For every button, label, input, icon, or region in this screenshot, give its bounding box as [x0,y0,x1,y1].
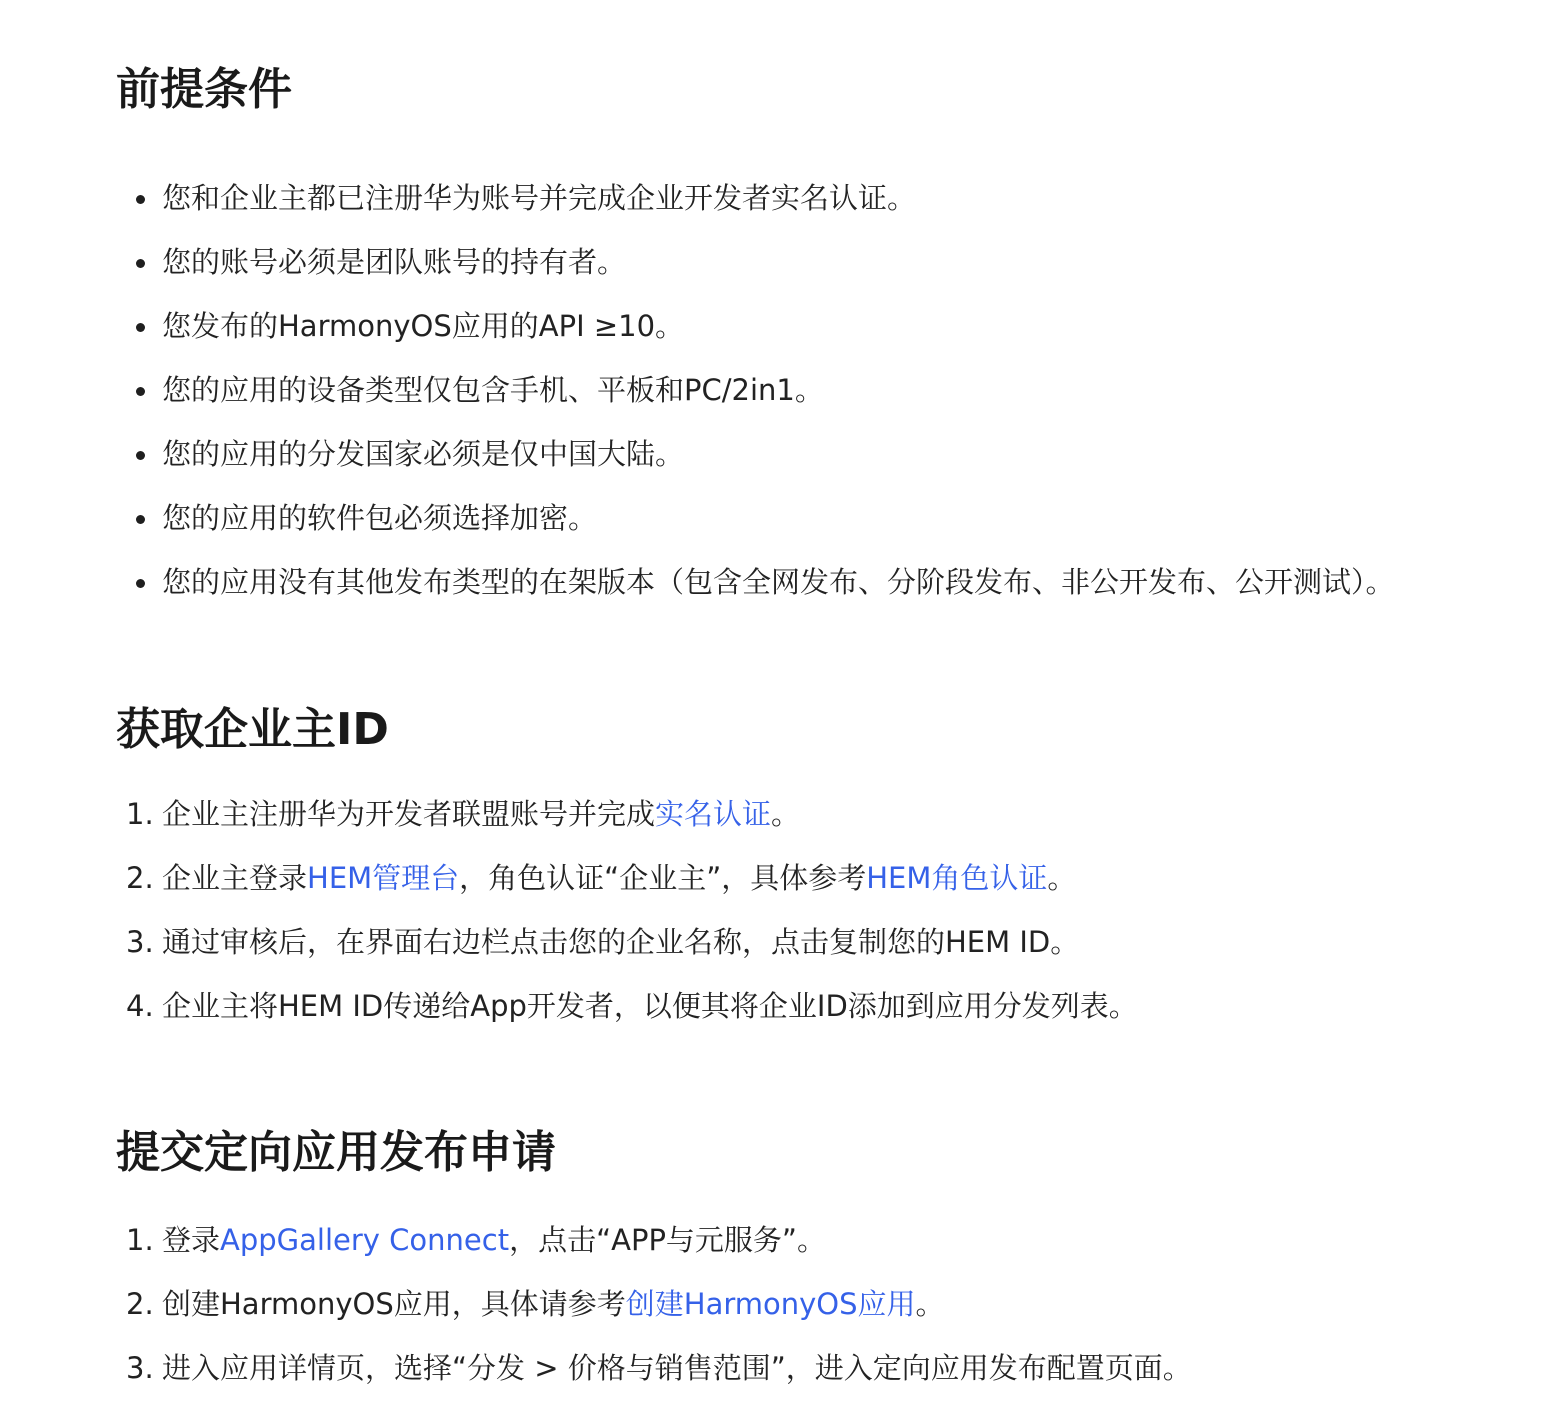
prerequisites-list: 您和企业主都已注册华为账号并完成企业开发者实名认证。 您的账号必须是团队账号的持… [116,172,1395,620]
list-item: 您和企业主都已注册华为账号并完成企业开发者实名认证。 [116,172,1395,224]
bullet-icon [136,451,145,460]
list-item: 您的账号必须是团队账号的持有者。 [116,236,1395,288]
section-title-submit-application: 提交定向应用发布申请 [116,1127,556,1180]
bullet-icon [136,195,145,204]
section-title-get-enterprise-id: 获取企业主ID [116,704,389,757]
create-harmonyos-app-link[interactable]: 创建HarmonyOS应用 [626,1287,916,1321]
step-text: ，角色认证“企业主”，具体参考 [459,861,866,895]
real-name-auth-link[interactable]: 实名认证 [655,797,771,831]
step-text: 进入应用详情页，选择“分发 > 价格与销售范围”，进入定向应用发布配置页面。 [162,1351,1192,1385]
step-text: 。 [1047,861,1076,895]
list-item-text: 您的应用的设备类型仅包含手机、平板和PC/2in1。 [162,373,824,407]
step-number: 3. [126,1342,160,1394]
step-text: 企业主将HEM ID传递给App开发者，以便其将企业ID添加到应用分发列表。 [162,989,1138,1023]
step-text: ，点击“APP与元服务”。 [509,1223,826,1257]
appgallery-connect-link[interactable]: AppGallery Connect [220,1223,509,1257]
list-item-text: 您和企业主都已注册华为账号并完成企业开发者实名认证。 [162,181,916,215]
bullet-icon [136,387,145,396]
step-item: 3.进入应用详情页，选择“分发 > 价格与销售范围”，进入定向应用发布配置页面。 [116,1342,1192,1394]
list-item: 您发布的HarmonyOS应用的API ≥10。 [116,300,1395,352]
step-item: 1.企业主注册华为开发者联盟账号并完成实名认证。 [116,788,1138,840]
list-item: 您的应用的软件包必须选择加密。 [116,492,1395,544]
step-text: 登录 [162,1223,220,1257]
step-number: 4. [126,980,160,1032]
list-item: 您的应用的设备类型仅包含手机、平板和PC/2in1。 [116,364,1395,416]
bullet-icon [136,515,145,524]
step-item: 2.创建HarmonyOS应用，具体请参考创建HarmonyOS应用。 [116,1278,1192,1330]
section-title-prerequisites: 前提条件 [116,64,292,117]
step-item: 3.通过审核后，在界面右边栏点击您的企业名称，点击复制您的HEM ID。 [116,916,1138,968]
step-text: 创建HarmonyOS应用，具体请参考 [162,1287,626,1321]
step-text: 。 [771,797,800,831]
hem-role-auth-link[interactable]: HEM角色认证 [866,861,1047,895]
list-item-text: 您的应用没有其他发布类型的在架版本（包含全网发布、分阶段发布、非公开发布、公开测… [162,565,1395,599]
step-number: 3. [126,916,160,968]
submit-application-steps: 1.登录AppGallery Connect，点击“APP与元服务”。 2.创建… [116,1214,1192,1406]
list-item: 您的应用的分发国家必须是仅中国大陆。 [116,428,1395,480]
step-text: 企业主注册华为开发者联盟账号并完成 [162,797,655,831]
step-number: 2. [126,1278,160,1330]
step-item: 1.登录AppGallery Connect，点击“APP与元服务”。 [116,1214,1192,1266]
bullet-icon [136,579,145,588]
list-item-text: 您发布的HarmonyOS应用的API ≥10。 [162,309,684,343]
list-item: 您的应用没有其他发布类型的在架版本（包含全网发布、分阶段发布、非公开发布、公开测… [116,556,1395,608]
list-item-text: 您的应用的分发国家必须是仅中国大陆。 [162,437,684,471]
step-number: 2. [126,852,160,904]
bullet-icon [136,259,145,268]
bullet-icon [136,323,145,332]
get-enterprise-id-steps: 1.企业主注册华为开发者联盟账号并完成实名认证。 2.企业主登录HEM管理台，角… [116,788,1138,1044]
step-item: 2.企业主登录HEM管理台，角色认证“企业主”，具体参考HEM角色认证。 [116,852,1138,904]
list-item-text: 您的应用的软件包必须选择加密。 [162,501,597,535]
step-text: 。 [916,1287,945,1321]
step-item: 4.企业主将HEM ID传递给App开发者，以便其将企业ID添加到应用分发列表。 [116,980,1138,1032]
step-number: 1. [126,788,160,840]
hem-console-link[interactable]: HEM管理台 [307,861,459,895]
step-text: 通过审核后，在界面右边栏点击您的企业名称，点击复制您的HEM ID。 [162,925,1079,959]
list-item-text: 您的账号必须是团队账号的持有者。 [162,245,626,279]
step-number: 1. [126,1214,160,1266]
step-text: 企业主登录 [162,861,307,895]
